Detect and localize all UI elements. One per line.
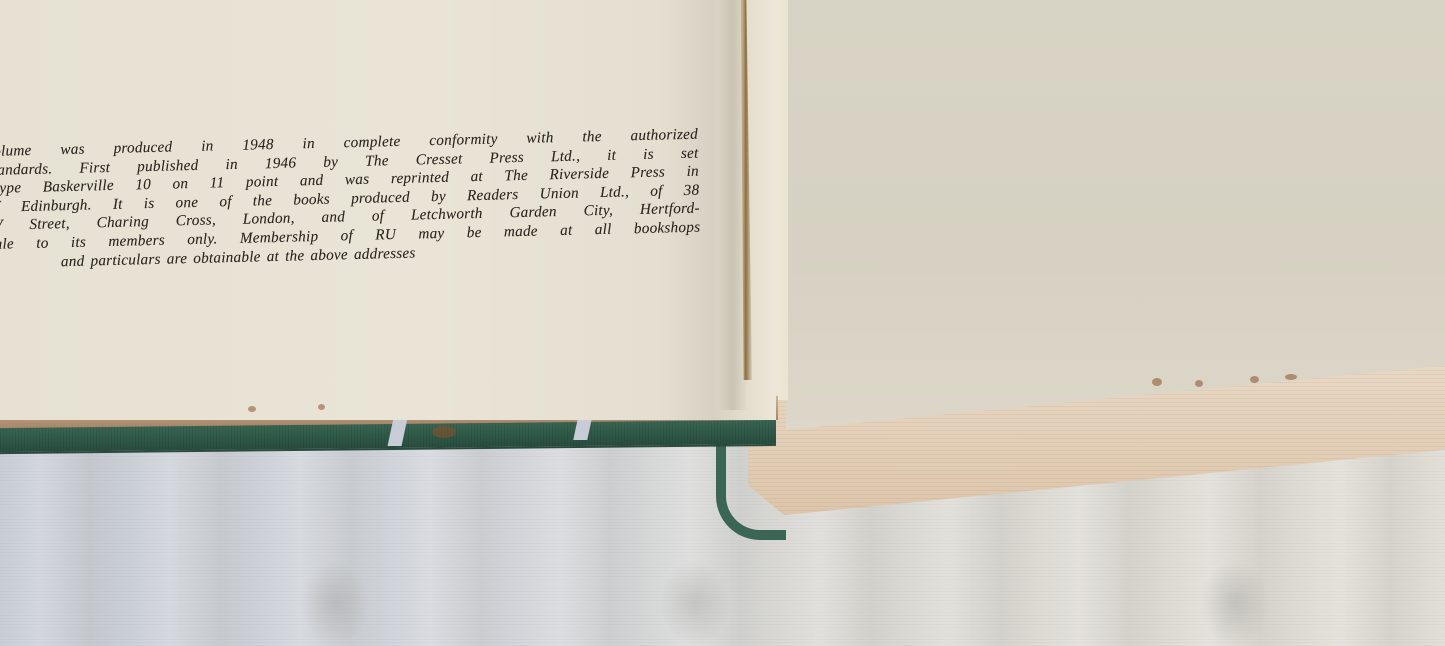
left-imprint-page: volume was produced in 1948 in complete … bbox=[0, 0, 776, 420]
right-page bbox=[786, 0, 1445, 430]
book-photo-scene: volume was produced in 1948 in complete … bbox=[0, 0, 1445, 646]
cloth-fold bbox=[1200, 560, 1270, 646]
foxing-spot bbox=[432, 426, 456, 438]
foxing-spot bbox=[1285, 374, 1297, 380]
cloth-fold bbox=[660, 560, 730, 646]
foxing-spot bbox=[1152, 378, 1162, 386]
cloth-fold bbox=[300, 560, 370, 646]
foxing-spot bbox=[318, 404, 325, 410]
foxing-spot bbox=[248, 406, 256, 412]
imprint-paragraph: volume was produced in 1948 in complete … bbox=[0, 126, 701, 274]
foxing-spot bbox=[1195, 380, 1203, 387]
foxing-spot bbox=[1250, 376, 1259, 383]
spine-curl bbox=[716, 440, 786, 540]
